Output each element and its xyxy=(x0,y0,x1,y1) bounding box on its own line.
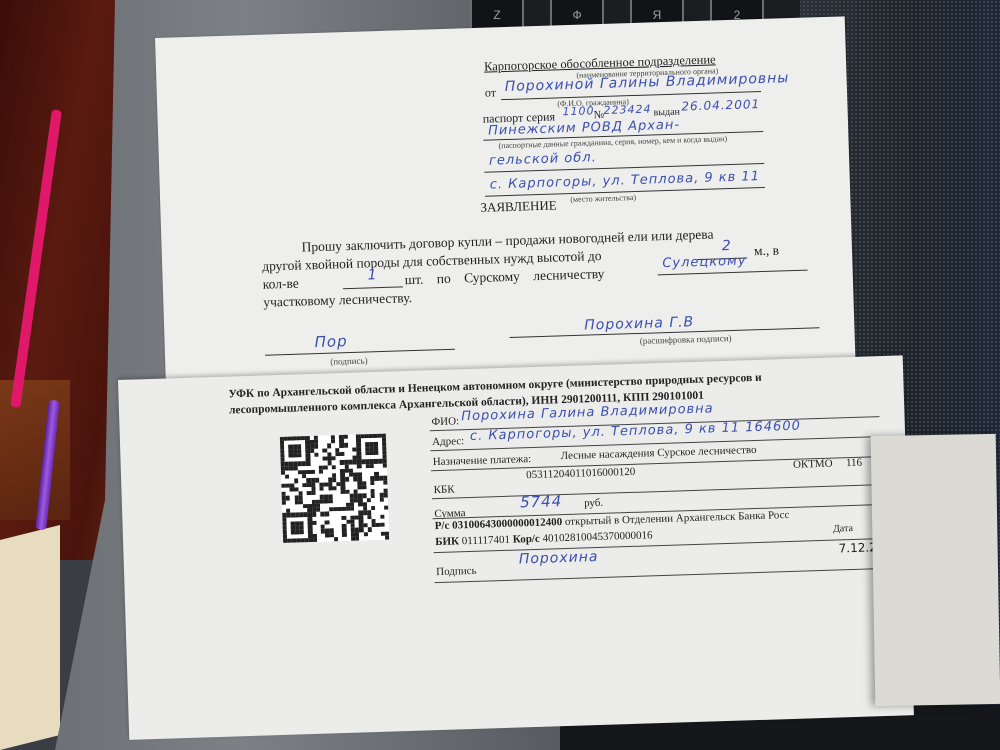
decode-caption: (расшифровка подписи) xyxy=(640,333,732,346)
passport-number: 223424 xyxy=(603,102,651,117)
application-title: ЗАЯВЛЕНИЕ xyxy=(480,197,557,215)
from-label: от xyxy=(485,85,497,100)
qty-label: кол-ве xyxy=(263,276,299,293)
district-value: Сулецкому xyxy=(662,254,747,272)
account-label: Р/с xyxy=(435,520,450,532)
sum-unit: руб. xyxy=(584,497,603,510)
signature-value: Пор xyxy=(314,332,348,351)
qty-value: 1 xyxy=(367,267,377,283)
fio-label: ФИО: xyxy=(431,415,459,428)
bik-row: БИК 011117401 Кор/с 40102810045370000016 xyxy=(435,529,653,548)
body-line3: шт. по Сурскому лесничеству xyxy=(404,266,604,288)
purpose-label: Назначение платежа: xyxy=(433,453,532,468)
payment-receipt: УФК по Архангельской области и Ненецком … xyxy=(118,355,914,739)
row-divider xyxy=(435,568,885,583)
bik-label: БИК xyxy=(435,535,459,548)
account-bank: открытый в Отделении Архангельск Банка Р… xyxy=(565,509,790,528)
residence-caption: (место жительства) xyxy=(570,193,636,204)
oktmo-value: 116 xyxy=(846,457,862,469)
issued-by-line2: гельской обл. xyxy=(489,150,597,168)
underline xyxy=(265,349,455,356)
address-label: Адрес: xyxy=(432,435,465,448)
issued-label: выдан xyxy=(653,107,680,119)
kbk-label: КБК xyxy=(433,483,454,496)
purpose-value: Лесные насаждения Сурское лесничество xyxy=(560,444,756,462)
key-label: Я xyxy=(653,8,662,22)
underline xyxy=(343,286,403,289)
sign-label: Подпись xyxy=(436,565,477,578)
corr-label: Кор/с xyxy=(513,533,540,546)
kbk-value: 05311204011016000120 xyxy=(526,466,636,481)
corr-value: 40102810045370000016 xyxy=(542,529,652,544)
body-line4: участковому лесничеству. xyxy=(263,290,412,311)
key-label: Z xyxy=(493,8,500,22)
key-label: Ф xyxy=(572,8,581,22)
body-line2-end: м., в xyxy=(754,243,780,260)
height-value: 2 xyxy=(722,238,732,254)
bik-value: 011117401 xyxy=(462,534,511,548)
signature-caption: (подпись) xyxy=(330,355,368,366)
folded-paper-flap xyxy=(871,434,1000,706)
oktmo-label: ОКТМО xyxy=(793,458,833,471)
account-value: 03100643000000012400 xyxy=(452,516,562,531)
date-value: 7.12.2 xyxy=(838,540,877,555)
issued-date: 26.04.2001 xyxy=(681,97,760,113)
payment-qr-code xyxy=(280,434,389,543)
sum-value: 5744 xyxy=(520,492,563,511)
application-form: Карпогорское обособленное подразделение … xyxy=(155,16,856,397)
date-label: Дата xyxy=(833,523,853,535)
payer-signature: Порохина xyxy=(519,549,599,567)
row-divider xyxy=(432,484,882,499)
passport-series: 1100 xyxy=(562,104,594,118)
beige-surface xyxy=(0,525,60,750)
